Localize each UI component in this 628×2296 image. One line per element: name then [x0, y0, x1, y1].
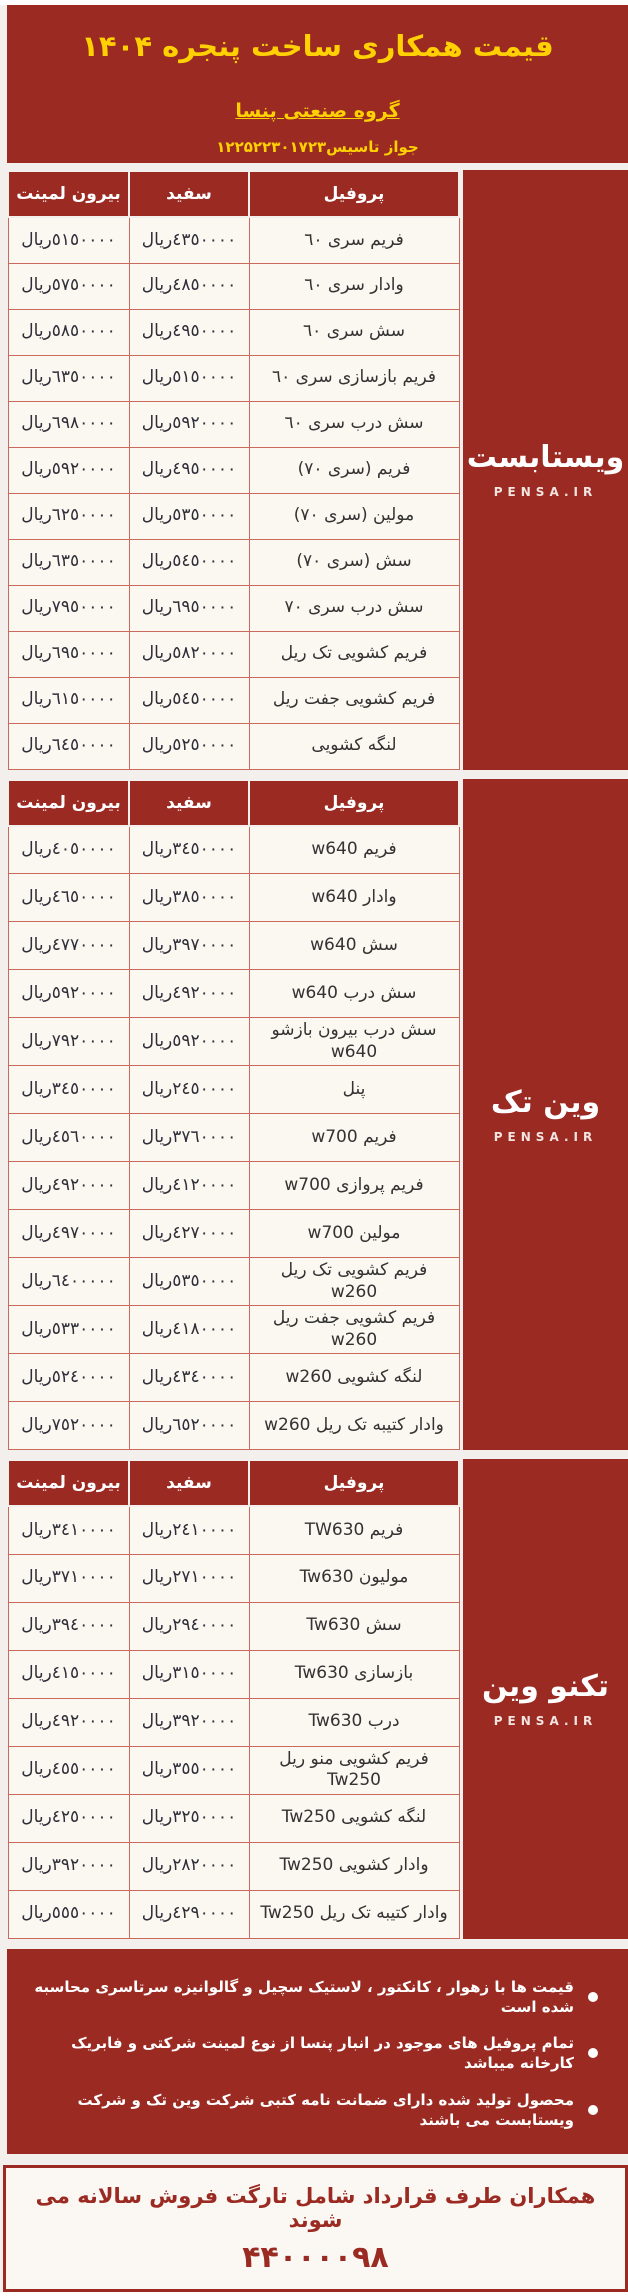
note-text: تمام پروفیل های موجود در انبار پنسا از ن…	[27, 2033, 574, 2074]
profile-name: سش درب سری ٦٠	[249, 401, 459, 447]
price-laminate: ٦٤٠٠٠٠٠ریال	[8, 1258, 129, 1306]
table-row: ٥١٥٠٠٠٠ریال ٤٣٥٠٠٠٠ریال فریم سری ٦٠	[8, 217, 459, 263]
bullet-icon	[588, 2105, 598, 2115]
table-row: ٥٧٥٠٠٠٠ریال ٤٨٥٠٠٠٠ریال وادار سری ٦٠	[8, 263, 459, 309]
table-row: ٦٩٨٠٠٠٠ریال ٥٩٢٠٠٠٠ریال سش درب سری ٦٠	[8, 401, 459, 447]
table-row: ٤٩٧٠٠٠٠ریال ٤٢٧٠٠٠٠ریال مولین w700	[8, 1210, 459, 1258]
price-laminate: ٣٧١٠٠٠٠ریال	[8, 1554, 129, 1602]
column-header-laminate: بیرون لمینت	[8, 171, 129, 217]
profile-name: فریم w700	[249, 1114, 459, 1162]
note-item: محصول تولید شده دارای ضمانت نامه کتبی شر…	[27, 2090, 598, 2131]
profile-name: سش سری ٦٠	[249, 309, 459, 355]
price-white: ٥٢٥٠٠٠٠ریال	[129, 723, 249, 769]
price-laminate: ٦٩٥٠٠٠٠ریال	[8, 631, 129, 677]
page-title: قیمت همکاری ساخت پنجره ۱۴۰۴	[7, 29, 628, 63]
price-laminate: ٦٣٥٠٠٠٠ریال	[8, 355, 129, 401]
profile-name: فریم بازسازی سری ٦٠	[249, 355, 459, 401]
price-laminate: ٤٩٧٠٠٠٠ریال	[8, 1210, 129, 1258]
column-header-white: سفید	[129, 171, 249, 217]
profile-name: فریم کشویی تک ریل	[249, 631, 459, 677]
profile-name: وادار سری ٦٠	[249, 263, 459, 309]
price-white: ٣٥٥٠٠٠٠ریال	[129, 1746, 249, 1794]
table-header-row: بیرون لمینت سفید پروفیل	[8, 171, 459, 217]
brand-panel-technowin: تکنو وین PENSA.IR	[463, 1459, 628, 1939]
price-laminate: ٤١٥٠٠٠٠ریال	[8, 1650, 129, 1698]
note-item: تمام پروفیل های موجود در انبار پنسا از ن…	[27, 2033, 598, 2074]
profile-name: فریم سری ٦٠	[249, 217, 459, 263]
price-laminate: ٤٧٧٠٠٠٠ریال	[8, 922, 129, 970]
price-section-vistabest: بیرون لمینت سفید پروفیل ٥١٥٠٠٠٠ریال ٤٣٥٠…	[7, 170, 628, 770]
price-white: ٥٣٥٠٠٠٠ریال	[129, 493, 249, 539]
price-white: ٤٨٥٠٠٠٠ریال	[129, 263, 249, 309]
price-laminate: ٦٢٥٠٠٠٠ریال	[8, 493, 129, 539]
table-row: ٥٩٢٠٠٠٠ریال ٤٩٢٠٠٠٠ریال سش درب w640	[8, 970, 459, 1018]
profile-name: وادار کتیبه تک ریل w260	[249, 1402, 459, 1450]
table-row: ٦٢٥٠٠٠٠ریال ٥٣٥٠٠٠٠ریال مولین (سری ٧٠)	[8, 493, 459, 539]
price-white: ٥٩٢٠٠٠٠ریال	[129, 1018, 249, 1066]
price-laminate: ٥٩٢٠٠٠٠ریال	[8, 970, 129, 1018]
price-white: ٢٧١٠٠٠٠ریال	[129, 1554, 249, 1602]
phone-number: ۴۴۰۰۰۰۹۸	[14, 2240, 617, 2275]
profile-name: فریم کشویی منو ریل Tw250	[249, 1746, 459, 1794]
price-laminate: ٥٢٤٠٠٠٠ریال	[8, 1354, 129, 1402]
table-row: ٣٤٥٠٠٠٠ریال ٢٤٥٠٠٠٠ریال پنل	[8, 1066, 459, 1114]
note-item: قیمت ها با زهوار ، کانکتور ، لاستیک سچیل…	[27, 1977, 598, 2018]
profile-name: فریم TW630	[249, 1506, 459, 1554]
profile-name: وادار کتیبه تک ریل Tw250	[249, 1890, 459, 1938]
brand-website: PENSA.IR	[494, 1714, 597, 1728]
table-row: ٥٣٣٠٠٠٠ریال ٤١٨٠٠٠٠ریال فریم کشویی جفت ر…	[8, 1306, 459, 1354]
table-row: ٣٩٢٠٠٠٠ریال ٢٨٢٠٠٠٠ریال وادار کشویی Tw25…	[8, 1842, 459, 1890]
profile-name: بازسازی Tw630	[249, 1650, 459, 1698]
price-white: ٣٧٦٠٠٠٠ریال	[129, 1114, 249, 1162]
price-white: ٥٣٥٠٠٠٠ریال	[129, 1258, 249, 1306]
column-header-white: سفید	[129, 780, 249, 826]
profile-name: لنگه کشویی	[249, 723, 459, 769]
price-white: ٤٣٤٠٠٠٠ریال	[129, 1354, 249, 1402]
price-white: ٣٤٥٠٠٠٠ریال	[129, 826, 249, 874]
price-white: ٥٨٢٠٠٠٠ریال	[129, 631, 249, 677]
price-laminate: ٧٩٢٠٠٠٠ریال	[8, 1018, 129, 1066]
price-laminate: ٤٥٦٠٠٠٠ریال	[8, 1114, 129, 1162]
price-white: ٤٩٥٠٠٠٠ریال	[129, 447, 249, 493]
price-laminate: ٥١٥٠٠٠٠ریال	[8, 217, 129, 263]
profile-name: فریم w640	[249, 826, 459, 874]
table-row: ٧٩٢٠٠٠٠ریال ٥٩٢٠٠٠٠ریال سش درب بیرون باز…	[8, 1018, 459, 1066]
company-name: گروه صنعتی پنسا	[235, 100, 399, 122]
profile-name: سش درب بیرون بازشو w640	[249, 1018, 459, 1066]
brand-name: وین تک	[491, 1085, 600, 1120]
profile-name: سش درب سری ٧٠	[249, 585, 459, 631]
table-row: ٤٩٢٠٠٠٠ریال ٣٩٢٠٠٠٠ریال درب Tw630	[8, 1698, 459, 1746]
price-section-wintech: بیرون لمینت سفید پروفیل ٤٠٥٠٠٠٠ریال ٣٤٥٠…	[7, 779, 628, 1451]
price-white: ٥٤٥٠٠٠٠ریال	[129, 539, 249, 585]
profile-name: مولیون Tw630	[249, 1554, 459, 1602]
price-laminate: ٤٩٢٠٠٠٠ریال	[8, 1698, 129, 1746]
note-text: قیمت ها با زهوار ، کانکتور ، لاستیک سچیل…	[27, 1977, 574, 2018]
price-laminate: ٥٩٢٠٠٠٠ریال	[8, 447, 129, 493]
price-laminate: ٦٤٥٠٠٠٠ریال	[8, 723, 129, 769]
profile-name: وادار w640	[249, 874, 459, 922]
profile-name: فریم پروازی w700	[249, 1162, 459, 1210]
table-row: ٤٠٥٠٠٠٠ریال ٣٤٥٠٠٠٠ریال فریم w640	[8, 826, 459, 874]
table-row: ٣٤١٠٠٠٠ریال ٢٤١٠٠٠٠ریال فریم TW630	[8, 1506, 459, 1554]
column-header-laminate: بیرون لمینت	[8, 780, 129, 826]
price-laminate: ٦٩٨٠٠٠٠ریال	[8, 401, 129, 447]
table-row: ٥٨٥٠٠٠٠ریال ٤٩٥٠٠٠٠ریال سش سری ٦٠	[8, 309, 459, 355]
price-white: ٤١٨٠٠٠٠ریال	[129, 1306, 249, 1354]
table-row: ٧٥٢٠٠٠٠ریال ٦٥٢٠٠٠٠ریال وادار کتیبه تک ر…	[8, 1402, 459, 1450]
column-header-white: سفید	[129, 1460, 249, 1506]
note-text: محصول تولید شده دارای ضمانت نامه کتبی شر…	[27, 2090, 574, 2131]
table-row: ٤٦٥٠٠٠٠ریال ٣٨٥٠٠٠٠ریال وادار w640	[8, 874, 459, 922]
price-table-wintech: بیرون لمینت سفید پروفیل ٤٠٥٠٠٠٠ریال ٣٤٥٠…	[7, 779, 460, 1451]
brand-panel-wintech: وین تک PENSA.IR	[463, 779, 628, 1451]
price-laminate: ٥٧٥٠٠٠٠ریال	[8, 263, 129, 309]
price-white: ٣٨٥٠٠٠٠ریال	[129, 874, 249, 922]
price-flyer: قیمت همکاری ساخت پنجره ۱۴۰۴ گروه صنعتی پ…	[0, 5, 628, 2292]
profile-name: سش درب w640	[249, 970, 459, 1018]
profile-name: فریم کشویی جفت ریل	[249, 677, 459, 723]
brand-panel-vistabest: ویستابست PENSA.IR	[463, 170, 628, 770]
table-row: ٦٣٥٠٠٠٠ریال ٥١٥٠٠٠٠ریال فریم بازسازی سری…	[8, 355, 459, 401]
price-laminate: ٥٥٥٠٠٠٠ریال	[8, 1890, 129, 1938]
profile-name: لنگه کشویی w260	[249, 1354, 459, 1402]
price-table-technowin: بیرون لمینت سفید پروفیل ٣٤١٠٠٠٠ریال ٢٤١٠…	[7, 1459, 460, 1939]
footer-box: همکاران طرف قرارداد شامل تارگت فروش سالا…	[3, 2165, 628, 2292]
price-laminate: ٣٤٥٠٠٠٠ریال	[8, 1066, 129, 1114]
table-row: ٣٩٤٠٠٠٠ریال ٢٩٤٠٠٠٠ریال سش Tw630	[8, 1602, 459, 1650]
column-header-profile: پروفیل	[249, 780, 459, 826]
profile-name: وادار کشویی Tw250	[249, 1842, 459, 1890]
table-row: ٧٩٥٠٠٠٠ریال ٦٩٥٠٠٠٠ریال سش درب سری ٧٠	[8, 585, 459, 631]
price-white: ٤١٢٠٠٠٠ریال	[129, 1162, 249, 1210]
profile-name: سش Tw630	[249, 1602, 459, 1650]
license-number: جواز تاسیس۱۲۲۵۲۲۳۰۱۷۲۳	[7, 138, 628, 156]
profile-name: سش (سری ٧٠)	[249, 539, 459, 585]
profile-name: فریم کشویی تک ریل w260	[249, 1258, 459, 1306]
price-white: ٤٣٥٠٠٠٠ریال	[129, 217, 249, 263]
bullet-icon	[588, 2048, 598, 2058]
brand-name: تکنو وین	[482, 1669, 609, 1704]
profile-name: فریم کشویی جفت ریل w260	[249, 1306, 459, 1354]
table-row: ٣٧١٠٠٠٠ریال ٢٧١٠٠٠٠ریال مولیون Tw630	[8, 1554, 459, 1602]
price-white: ٦٥٢٠٠٠٠ریال	[129, 1402, 249, 1450]
price-laminate: ٤٦٥٠٠٠٠ریال	[8, 874, 129, 922]
brand-name: ویستابست	[467, 440, 625, 475]
column-header-laminate: بیرون لمینت	[8, 1460, 129, 1506]
table-row: ٦٤٥٠٠٠٠ریال ٥٢٥٠٠٠٠ریال لنگه کشویی	[8, 723, 459, 769]
table-row: ٥٢٤٠٠٠٠ریال ٤٣٤٠٠٠٠ریال لنگه کشویی w260	[8, 1354, 459, 1402]
table-row: ٥٩٢٠٠٠٠ریال ٤٩٥٠٠٠٠ریال فریم (سری ٧٠)	[8, 447, 459, 493]
price-white: ٦٩٥٠٠٠٠ریال	[129, 585, 249, 631]
table-row: ٦٩٥٠٠٠٠ریال ٥٨٢٠٠٠٠ریال فریم کشویی تک ری…	[8, 631, 459, 677]
price-white: ٥٤٥٠٠٠٠ریال	[129, 677, 249, 723]
table-header-row: بیرون لمینت سفید پروفیل	[8, 780, 459, 826]
price-laminate: ٤٩٢٠٠٠٠ریال	[8, 1162, 129, 1210]
table-row: ٦١٥٠٠٠٠ریال ٥٤٥٠٠٠٠ریال فریم کشویی جفت ر…	[8, 677, 459, 723]
price-white: ٤٩٥٠٠٠٠ریال	[129, 309, 249, 355]
price-white: ٣٩٢٠٠٠٠ریال	[129, 1698, 249, 1746]
profile-name: سش w640	[249, 922, 459, 970]
price-section-technowin: بیرون لمینت سفید پروفیل ٣٤١٠٠٠٠ریال ٢٤١٠…	[7, 1459, 628, 1939]
price-laminate: ٧٩٥٠٠٠٠ریال	[8, 585, 129, 631]
price-laminate: ٦١٥٠٠٠٠ریال	[8, 677, 129, 723]
table-row: ٤٩٢٠٠٠٠ریال ٤١٢٠٠٠٠ریال فریم پروازی w700	[8, 1162, 459, 1210]
profile-name: مولین (سری ٧٠)	[249, 493, 459, 539]
price-laminate: ٣٤١٠٠٠٠ریال	[8, 1506, 129, 1554]
price-laminate: ٤٠٥٠٠٠٠ریال	[8, 826, 129, 874]
price-laminate: ٧٥٢٠٠٠٠ریال	[8, 1402, 129, 1450]
price-white: ٢٤١٠٠٠٠ریال	[129, 1506, 249, 1554]
profile-name: مولین w700	[249, 1210, 459, 1258]
profile-name: پنل	[249, 1066, 459, 1114]
profile-name: لنگه کشویی Tw250	[249, 1794, 459, 1842]
price-laminate: ٣٩٢٠٠٠٠ریال	[8, 1842, 129, 1890]
table-row: ٤٥٦٠٠٠٠ریال ٣٧٦٠٠٠٠ریال فریم w700	[8, 1114, 459, 1162]
price-white: ٥٩٢٠٠٠٠ریال	[129, 401, 249, 447]
header: قیمت همکاری ساخت پنجره ۱۴۰۴ گروه صنعتی پ…	[7, 5, 628, 163]
profile-name: درب Tw630	[249, 1698, 459, 1746]
price-laminate: ٣٩٤٠٠٠٠ریال	[8, 1602, 129, 1650]
price-laminate: ٥٨٥٠٠٠٠ریال	[8, 309, 129, 355]
footer-text: همکاران طرف قرارداد شامل تارگت فروش سالا…	[14, 2184, 617, 2232]
price-laminate: ٦٣٥٠٠٠٠ریال	[8, 539, 129, 585]
table-row: ٤٢٥٠٠٠٠ریال ٣٢٥٠٠٠٠ریال لنگه کشویی Tw250	[8, 1794, 459, 1842]
table-row: ٦٣٥٠٠٠٠ریال ٥٤٥٠٠٠٠ریال سش (سری ٧٠)	[8, 539, 459, 585]
price-white: ٤٢٩٠٠٠٠ریال	[129, 1890, 249, 1938]
price-white: ٣٢٥٠٠٠٠ریال	[129, 1794, 249, 1842]
price-white: ٤٢٧٠٠٠٠ریال	[129, 1210, 249, 1258]
profile-name: فریم (سری ٧٠)	[249, 447, 459, 493]
table-header-row: بیرون لمینت سفید پروفیل	[8, 1460, 459, 1506]
price-laminate: ٤٥٥٠٠٠٠ریال	[8, 1746, 129, 1794]
notes-box: قیمت ها با زهوار ، کانکتور ، لاستیک سچیل…	[7, 1949, 628, 2155]
table-row: ٤٥٥٠٠٠٠ریال ٣٥٥٠٠٠٠ریال فریم کشویی منو ر…	[8, 1746, 459, 1794]
price-white: ٥١٥٠٠٠٠ریال	[129, 355, 249, 401]
brand-website: PENSA.IR	[494, 485, 597, 499]
price-table-vistabest: بیرون لمینت سفید پروفیل ٥١٥٠٠٠٠ریال ٤٣٥٠…	[7, 170, 460, 770]
table-row: ٤١٥٠٠٠٠ریال ٣١٥٠٠٠٠ریال بازسازی Tw630	[8, 1650, 459, 1698]
column-header-profile: پروفیل	[249, 1460, 459, 1506]
price-laminate: ٥٣٣٠٠٠٠ریال	[8, 1306, 129, 1354]
price-white: ٢٨٢٠٠٠٠ریال	[129, 1842, 249, 1890]
price-laminate: ٤٢٥٠٠٠٠ریال	[8, 1794, 129, 1842]
column-header-profile: پروفیل	[249, 171, 459, 217]
price-white: ٣١٥٠٠٠٠ریال	[129, 1650, 249, 1698]
price-white: ٢٤٥٠٠٠٠ریال	[129, 1066, 249, 1114]
table-row: ٥٥٥٠٠٠٠ریال ٤٢٩٠٠٠٠ریال وادار کتیبه تک ر…	[8, 1890, 459, 1938]
price-white: ٣٩٧٠٠٠٠ریال	[129, 922, 249, 970]
price-white: ٢٩٤٠٠٠٠ریال	[129, 1602, 249, 1650]
table-row: ٦٤٠٠٠٠٠ریال ٥٣٥٠٠٠٠ریال فریم کشویی تک ری…	[8, 1258, 459, 1306]
bullet-icon	[588, 1992, 598, 2002]
table-row: ٤٧٧٠٠٠٠ریال ٣٩٧٠٠٠٠ریال سش w640	[8, 922, 459, 970]
price-white: ٤٩٢٠٠٠٠ریال	[129, 970, 249, 1018]
brand-website: PENSA.IR	[494, 1130, 597, 1144]
